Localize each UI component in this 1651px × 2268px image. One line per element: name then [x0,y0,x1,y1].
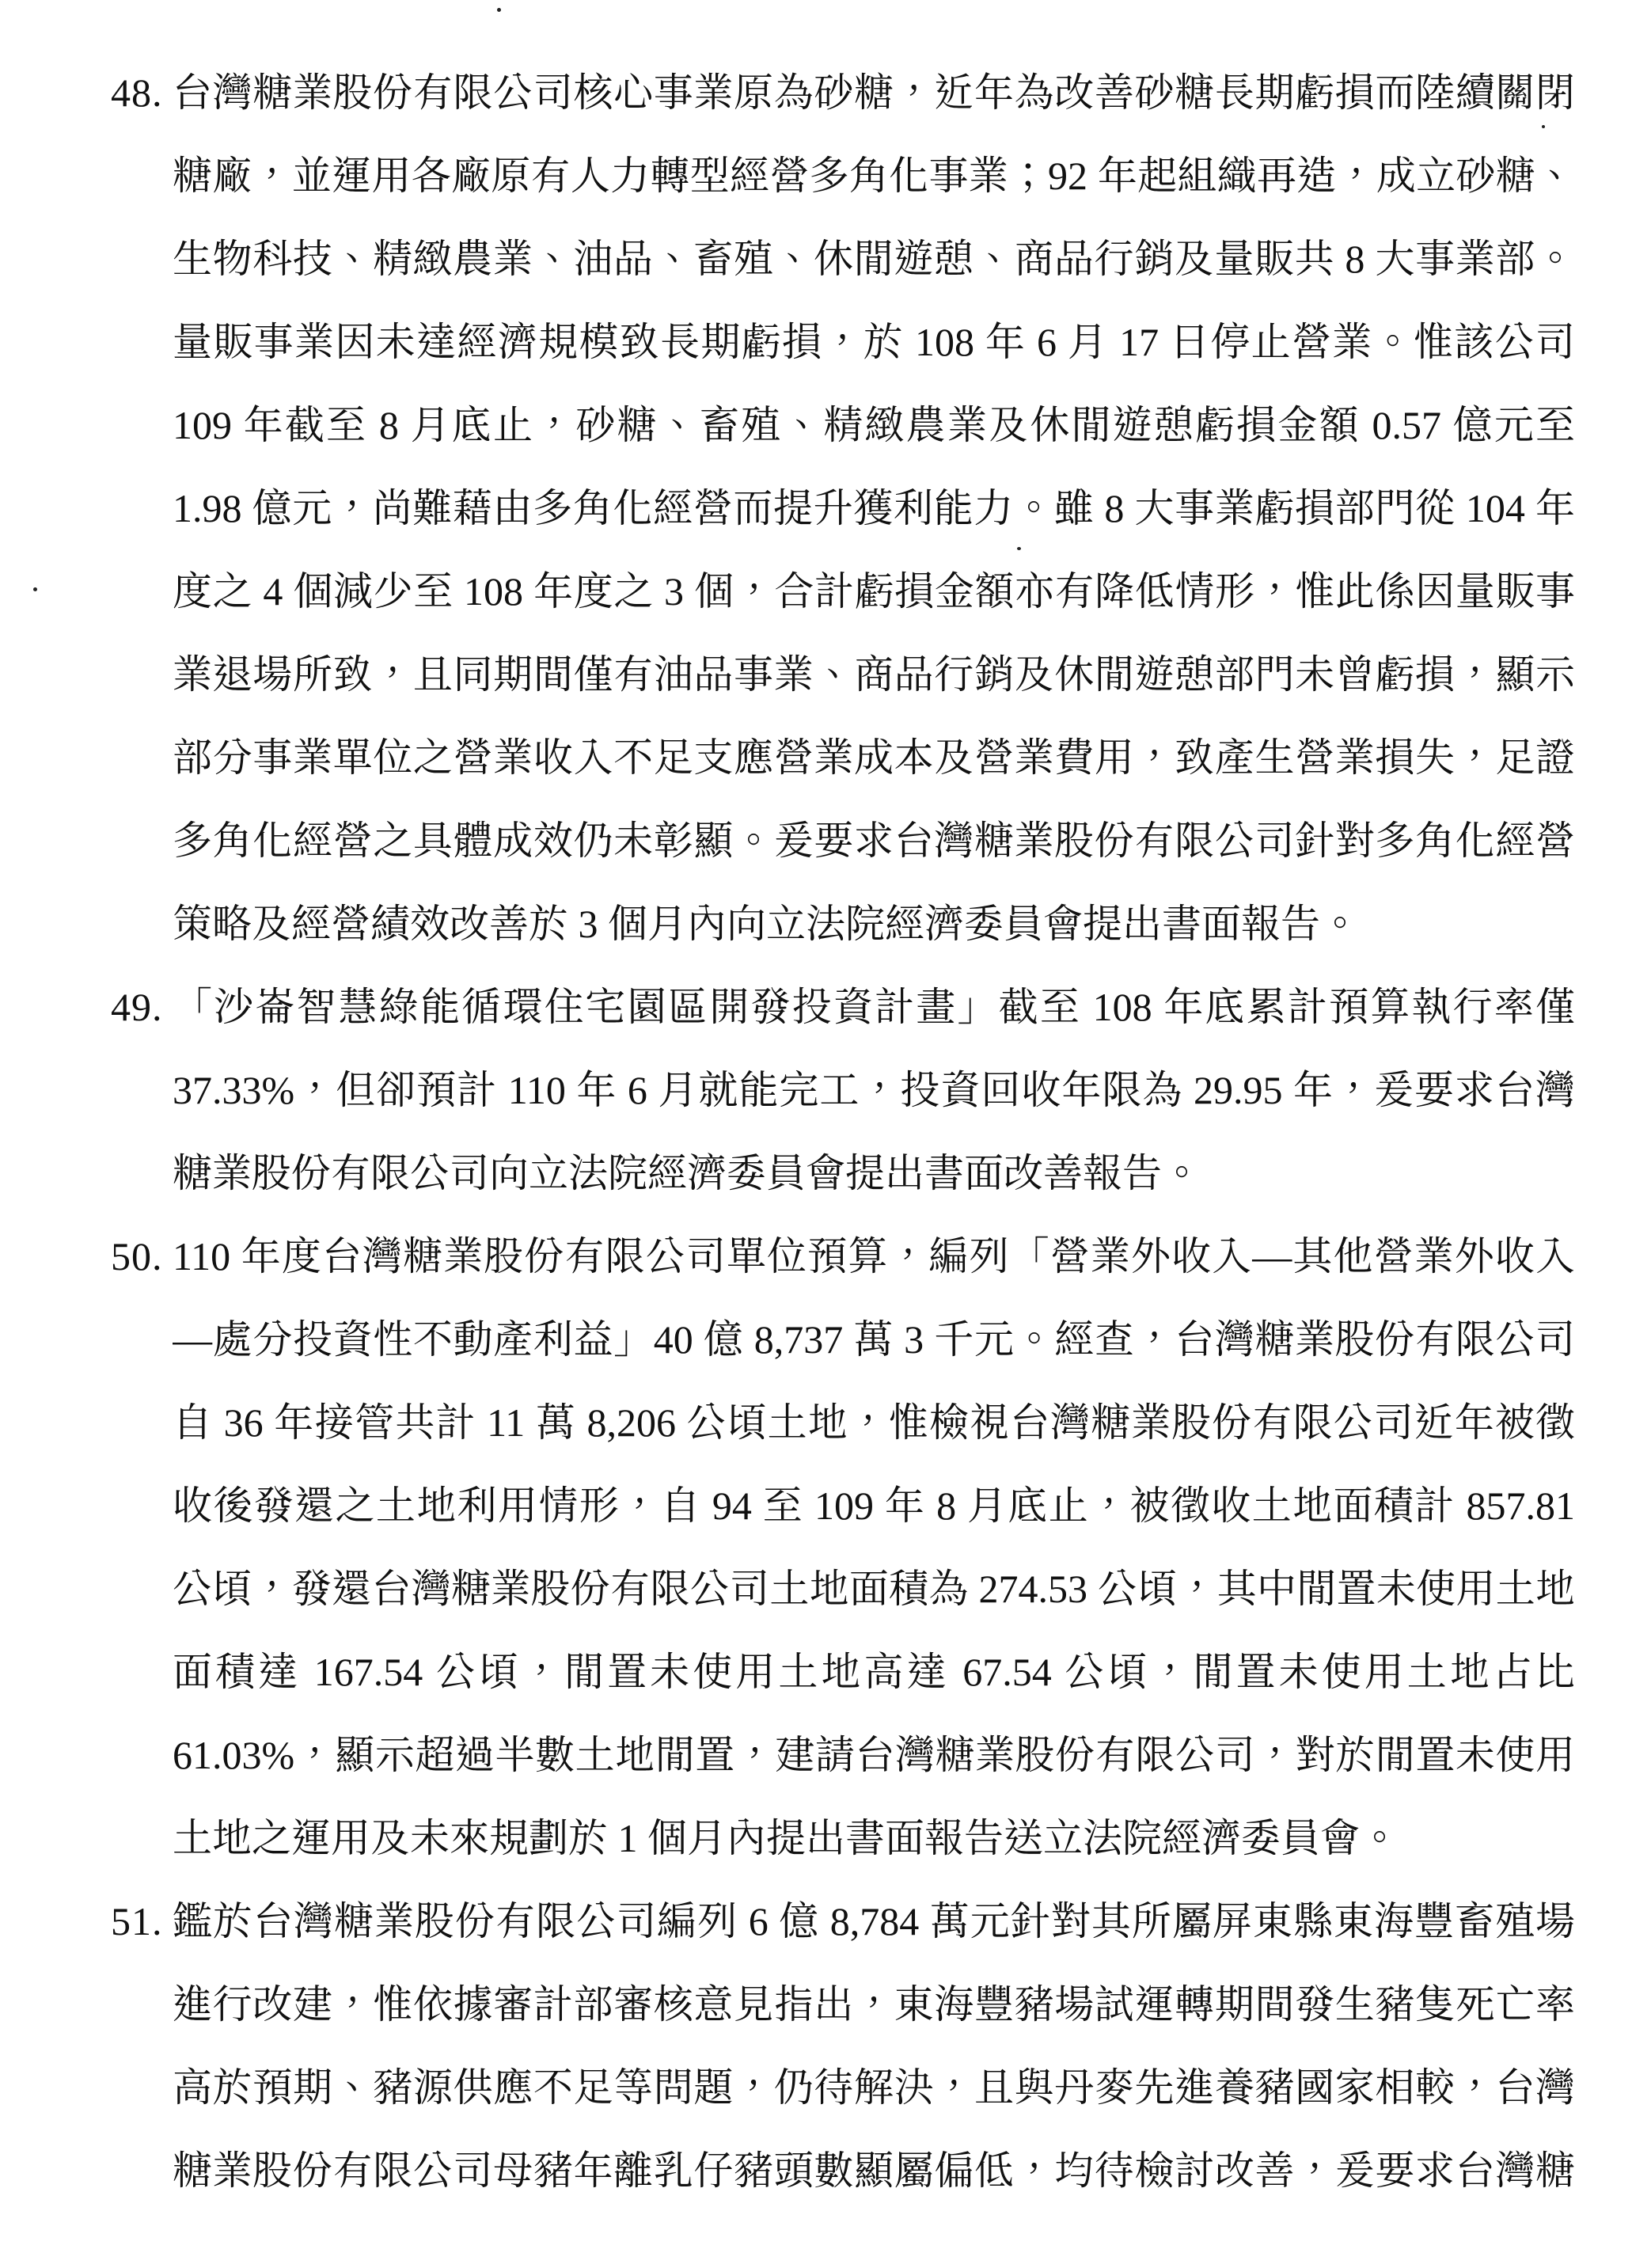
text-line: 策略及經營績效改善於 3 個月內向立法院經濟委員會提出書面報告。 [173,883,1575,966]
item-number: 49. [111,966,173,1049]
text-line: 業退場所致，且同期間僅有油品事業、商品行銷及休閒遊憩部門未曾虧損，顯示 [173,633,1575,716]
text-line: 台灣糖業股份有限公司核心事業原為砂糖，近年為改善砂糖長期虧損而陸續關閉 [173,51,1575,135]
item-body: 「沙崙智慧綠能循環住宅園區開發投資計畫」截至 108 年底累計預算執行率僅37.… [173,966,1575,1215]
scan-speck [1017,547,1021,550]
text-line: 生物科技、精緻農業、油品、畜殖、休閒遊憩、商品行銷及量販共 8 大事業部。 [173,218,1575,301]
text-line: 收後發還之土地利用情形，自 94 至 109 年 8 月底止，被徵收土地面積計 … [173,1465,1575,1548]
item-body: 110 年度台灣糖業股份有限公司單位預算，編列「營業外收入—其他營業外收入—處分… [173,1215,1575,1880]
item-body: 鑑於台灣糖業股份有限公司編列 6 億 8,784 萬元針對其所屬屏東縣東海豐畜殖… [173,1880,1575,2213]
text-line: 多角化經營之具體成效仍未彰顯。爰要求台灣糖業股份有限公司針對多角化經營 [173,800,1575,883]
item-body: 台灣糖業股份有限公司核心事業原為砂糖，近年為改善砂糖長期虧損而陸續關閉糖廠，並運… [173,51,1575,966]
text-line: —處分投資性不動產利益」40 億 8,737 萬 3 千元。經查，台灣糖業股份有… [173,1298,1575,1381]
text-line: 高於預期、豬源供應不足等問題，仍待解決，且與丹麥先進養豬國家相較，台灣 [173,2046,1575,2129]
item-number: 51. [111,1880,173,1963]
list-item: 49. 「沙崙智慧綠能循環住宅園區開發投資計畫」截至 108 年底累計預算執行率… [111,966,1575,1215]
text-line: 糖業股份有限公司母豬年離乳仔豬頭數顯屬偏低，均待檢討改善，爰要求台灣糖 [173,2129,1575,2213]
text-line: 公頃，發還台灣糖業股份有限公司土地面積為 274.53 公頃，其中閒置未使用土地 [173,1548,1575,1631]
text-line: 61.03%，顯示超過半數土地閒置，建請台灣糖業股份有限公司，對於閒置未使用 [173,1714,1575,1797]
text-line: 37.33%，但卻預計 110 年 6 月就能完工，投資回收年限為 29.95 … [173,1049,1575,1132]
item-number: 50. [111,1215,173,1298]
list-item: 51. 鑑於台灣糖業股份有限公司編列 6 億 8,784 萬元針對其所屬屏東縣東… [111,1880,1575,2213]
scan-speck [497,8,501,12]
text-line: 糖廠，並運用各廠原有人力轉型經營多角化事業；92 年起組織再造，成立砂糖、 [173,135,1575,218]
text-line: 部分事業單位之營業收入不足支應營業成本及營業費用，致產生營業損失，足證 [173,716,1575,800]
text-line: 糖業股份有限公司向立法院經濟委員會提出書面改善報告。 [173,1132,1575,1215]
text-line: 109 年截至 8 月底止，砂糖、畜殖、精緻農業及休閒遊憩虧損金額 0.57 億… [173,384,1575,467]
document-text-block: 48. 台灣糖業股份有限公司核心事業原為砂糖，近年為改善砂糖長期虧損而陸續關閉糖… [111,51,1575,2213]
text-line: 「沙崙智慧綠能循環住宅園區開發投資計畫」截至 108 年底累計預算執行率僅 [173,966,1575,1049]
text-line: 土地之運用及未來規劃於 1 個月內提出書面報告送立法院經濟委員會。 [173,1797,1575,1880]
text-line: 度之 4 個減少至 108 年度之 3 個，合計虧損金額亦有降低情形，惟此係因量… [173,550,1575,633]
scan-speck [1542,125,1545,128]
scan-speck [33,587,37,591]
list-item: 50. 110 年度台灣糖業股份有限公司單位預算，編列「營業外收入—其他營業外收… [111,1215,1575,1880]
text-line: 1.98 億元，尚難藉由多角化經營而提升獲利能力。雖 8 大事業虧損部門從 10… [173,467,1575,550]
item-number: 48. [111,51,173,135]
text-line: 110 年度台灣糖業股份有限公司單位預算，編列「營業外收入—其他營業外收入 [173,1215,1575,1298]
text-line: 進行改建，惟依據審計部審核意見指出，東海豐豬場試運轉期間發生豬隻死亡率 [173,1963,1575,2046]
list-item: 48. 台灣糖業股份有限公司核心事業原為砂糖，近年為改善砂糖長期虧損而陸續關閉糖… [111,51,1575,966]
text-line: 量販事業因未達經濟規模致長期虧損，於 108 年 6 月 17 日停止營業。惟該… [173,301,1575,384]
text-line: 鑑於台灣糖業股份有限公司編列 6 億 8,784 萬元針對其所屬屏東縣東海豐畜殖… [173,1880,1575,1963]
text-line: 自 36 年接管共計 11 萬 8,206 公頃土地，惟檢視台灣糖業股份有限公司… [173,1381,1575,1465]
text-line: 面積達 167.54 公頃，閒置未使用土地高達 67.54 公頃，閒置未使用土地… [173,1631,1575,1714]
scanned-document-page: 48. 台灣糖業股份有限公司核心事業原為砂糖，近年為改善砂糖長期虧損而陸續關閉糖… [0,0,1651,2268]
